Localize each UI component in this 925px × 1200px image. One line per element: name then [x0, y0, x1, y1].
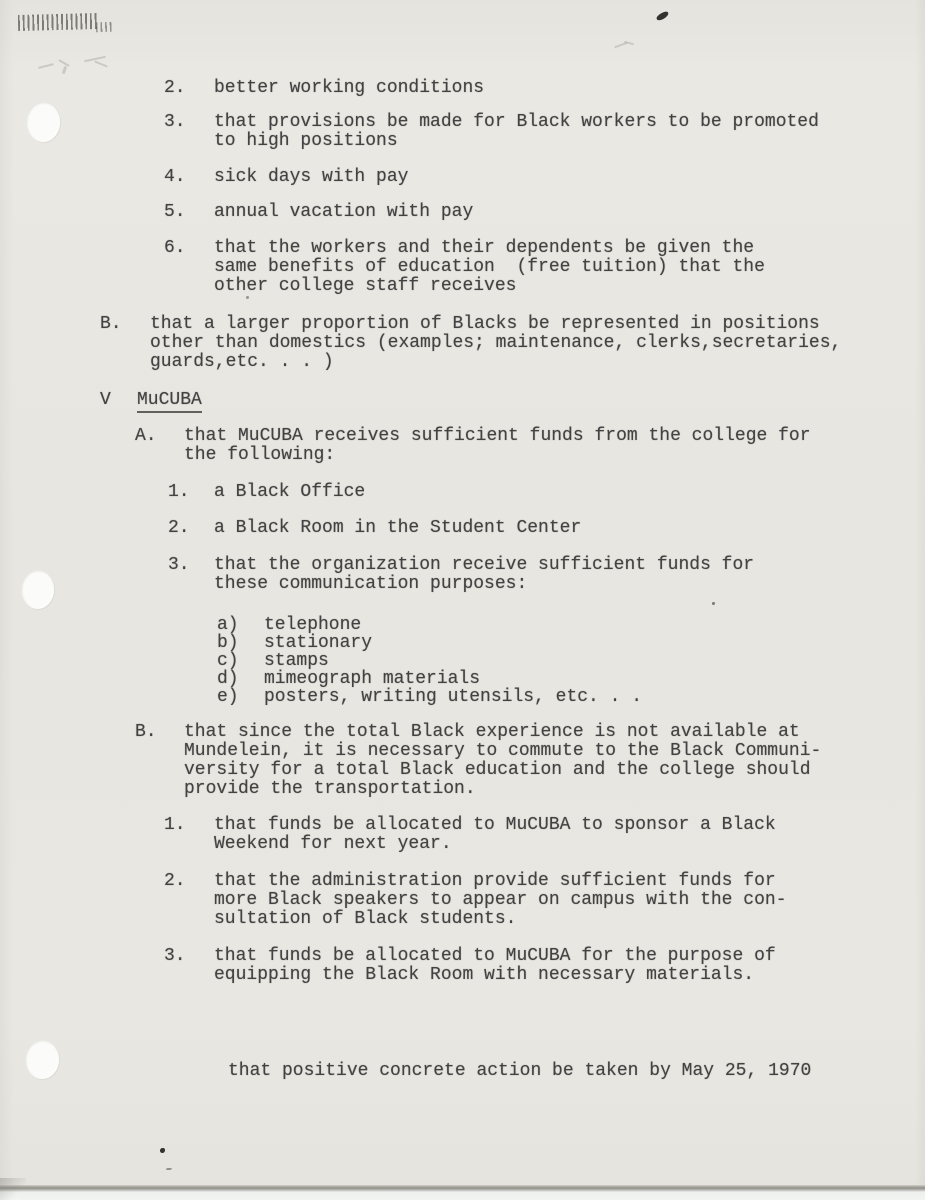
list-marker: 4. — [164, 168, 186, 187]
list-item-2: 2. better working conditions — [0, 79, 925, 98]
text-line: annual vacation with pay — [214, 203, 925, 222]
heading-title-wrap: MuCUBA — [137, 391, 925, 410]
text-line: provide the transportation. — [184, 780, 925, 799]
list-marker: 3. — [164, 113, 186, 132]
list-marker: a) — [217, 616, 239, 634]
text-line: guards,etc. . . ) — [150, 353, 925, 372]
text-line: that funds be allocated to MuCUBA to spo… — [214, 816, 925, 835]
heading-title: MuCUBA — [137, 390, 202, 413]
text-line: other college staff receives — [214, 277, 925, 296]
list-item-text: that the workers and their dependents be… — [214, 239, 925, 296]
list-marker: 3. — [168, 556, 190, 575]
list-item-4: 4. sick days with pay — [0, 168, 925, 187]
text-line: the following: — [184, 446, 925, 465]
list-marker: 2. — [168, 519, 190, 538]
a-list-item-2: 2. a Black Room in the Student Center — [0, 519, 925, 538]
text-line: telephone — [264, 616, 925, 634]
text-line: sultation of Black students. — [214, 910, 925, 929]
ink-speck — [166, 1168, 172, 1170]
list-item-5: 5. annual vacation with pay — [0, 203, 925, 222]
text-line: mimeograph materials — [264, 670, 925, 688]
list-item-3: 3. that provisions be made for Black wor… — [0, 113, 925, 151]
ink-speck — [246, 296, 249, 299]
text-line: a Black Room in the Student Center — [214, 519, 925, 538]
section-b1: B. that a larger proportion of Blacks be… — [0, 315, 925, 372]
list-marker: 1. — [164, 816, 186, 835]
section-a: A. that MuCUBA receives sufficient funds… — [0, 427, 925, 465]
list-marker: 2. — [164, 872, 186, 891]
list-item-text: a Black Office — [214, 483, 925, 502]
section-marker: B. — [100, 315, 122, 334]
b-list-item-1: 1. that funds be allocated to MuCUBA to … — [0, 816, 925, 854]
list-item-text: a Black Room in the Student Center — [214, 519, 925, 538]
ink-speck — [160, 1148, 165, 1153]
list-item-text: that the administration provide sufficie… — [214, 872, 925, 929]
list-item-text: better working conditions — [214, 79, 925, 98]
list-marker: 6. — [164, 239, 186, 258]
text-line: that funds be allocated to MuCUBA for th… — [214, 947, 925, 966]
list-item-text: that provisions be made for Black worker… — [214, 113, 925, 151]
list-item-text: that funds be allocated to MuCUBA to spo… — [214, 816, 925, 854]
list-item-text: annual vacation with pay — [214, 203, 925, 222]
pencil-scribble — [36, 56, 126, 76]
a-list-item-3: 3. that the organization receive suffici… — [0, 556, 925, 594]
heading-numeral: V — [100, 391, 111, 410]
a-list-item-1: 1. a Black Office — [0, 483, 925, 502]
text-line: other than domestics (examples; maintena… — [150, 334, 925, 353]
text-line: that MuCUBA receives sufficient funds fr… — [184, 427, 925, 446]
text-line: stationary — [264, 634, 925, 652]
pencil-scribble-small — [612, 38, 638, 50]
perforation-mark-small — [96, 22, 114, 33]
letter-list-text: telephone stationary stamps mimeograph m… — [264, 616, 925, 706]
text-line: sick days with pay — [214, 168, 925, 187]
text-line: more Black speakers to appear on campus … — [214, 891, 925, 910]
scanned-document-page: 2. better working conditions 3. that pro… — [0, 0, 925, 1200]
text-line: posters, writing utensils, etc. . . — [264, 688, 925, 706]
section-text: that MuCUBA receives sufficient funds fr… — [184, 427, 925, 465]
list-item-6: 6. that the workers and their dependents… — [0, 239, 925, 296]
letter-list: a) b) c) d) e) telephone stationary stam… — [0, 616, 925, 706]
text-line: versity for a total Black education and … — [184, 761, 925, 780]
text-line: Mundelein, it is necessary to commute to… — [184, 742, 925, 761]
closing-statement: that positive concrete action be taken b… — [0, 1062, 925, 1081]
text-line: that a larger proportion of Blacks be re… — [150, 315, 925, 334]
text-line: that provisions be made for Black worker… — [214, 113, 925, 132]
b-list-item-3: 3. that funds be allocated to MuCUBA for… — [0, 947, 925, 985]
section-marker: A. — [135, 427, 157, 446]
list-item-text: sick days with pay — [214, 168, 925, 187]
list-marker: d) — [217, 670, 239, 688]
perforation-mark — [18, 13, 98, 31]
ink-speck — [712, 602, 715, 605]
closing-text-wrap: that positive concrete action be taken b… — [228, 1062, 925, 1081]
list-item-text: that funds be allocated to MuCUBA for th… — [214, 947, 925, 985]
text-line: better working conditions — [214, 79, 925, 98]
text-line: equipping the Black Room with necessary … — [214, 966, 925, 985]
list-marker: 1. — [168, 483, 190, 502]
page-bottom-corner-shadow — [0, 1178, 26, 1200]
text-line: a Black Office — [214, 483, 925, 502]
section-b2: B. that since the total Black experience… — [0, 723, 925, 799]
text-line: to high positions — [214, 132, 925, 151]
section-text: that a larger proportion of Blacks be re… — [150, 315, 925, 372]
list-marker: 5. — [164, 203, 186, 222]
text-line: that positive concrete action be taken b… — [228, 1062, 925, 1081]
heading-v-mucuba: V MuCUBA — [0, 391, 925, 410]
text-line: same benefits of education (free tuition… — [214, 258, 925, 277]
list-marker: b) — [217, 634, 239, 652]
list-item-text: that the organization receive sufficient… — [214, 556, 925, 594]
list-marker: c) — [217, 652, 239, 670]
ink-speck — [655, 10, 669, 21]
text-line: that the administration provide sufficie… — [214, 872, 925, 891]
text-line: that the organization receive sufficient… — [214, 556, 925, 575]
b-list-item-2: 2. that the administration provide suffi… — [0, 872, 925, 929]
page-bottom-edge — [0, 1185, 925, 1200]
text-line: that the workers and their dependents be… — [214, 239, 925, 258]
text-line: stamps — [264, 652, 925, 670]
list-marker: 2. — [164, 79, 186, 98]
text-line: that since the total Black experience is… — [184, 723, 925, 742]
list-marker: 3. — [164, 947, 186, 966]
text-line: Weekend for next year. — [214, 835, 925, 854]
list-marker: e) — [217, 688, 239, 706]
section-text: that since the total Black experience is… — [184, 723, 925, 799]
section-marker: B. — [135, 723, 157, 742]
text-line: these communication purposes: — [214, 575, 925, 594]
